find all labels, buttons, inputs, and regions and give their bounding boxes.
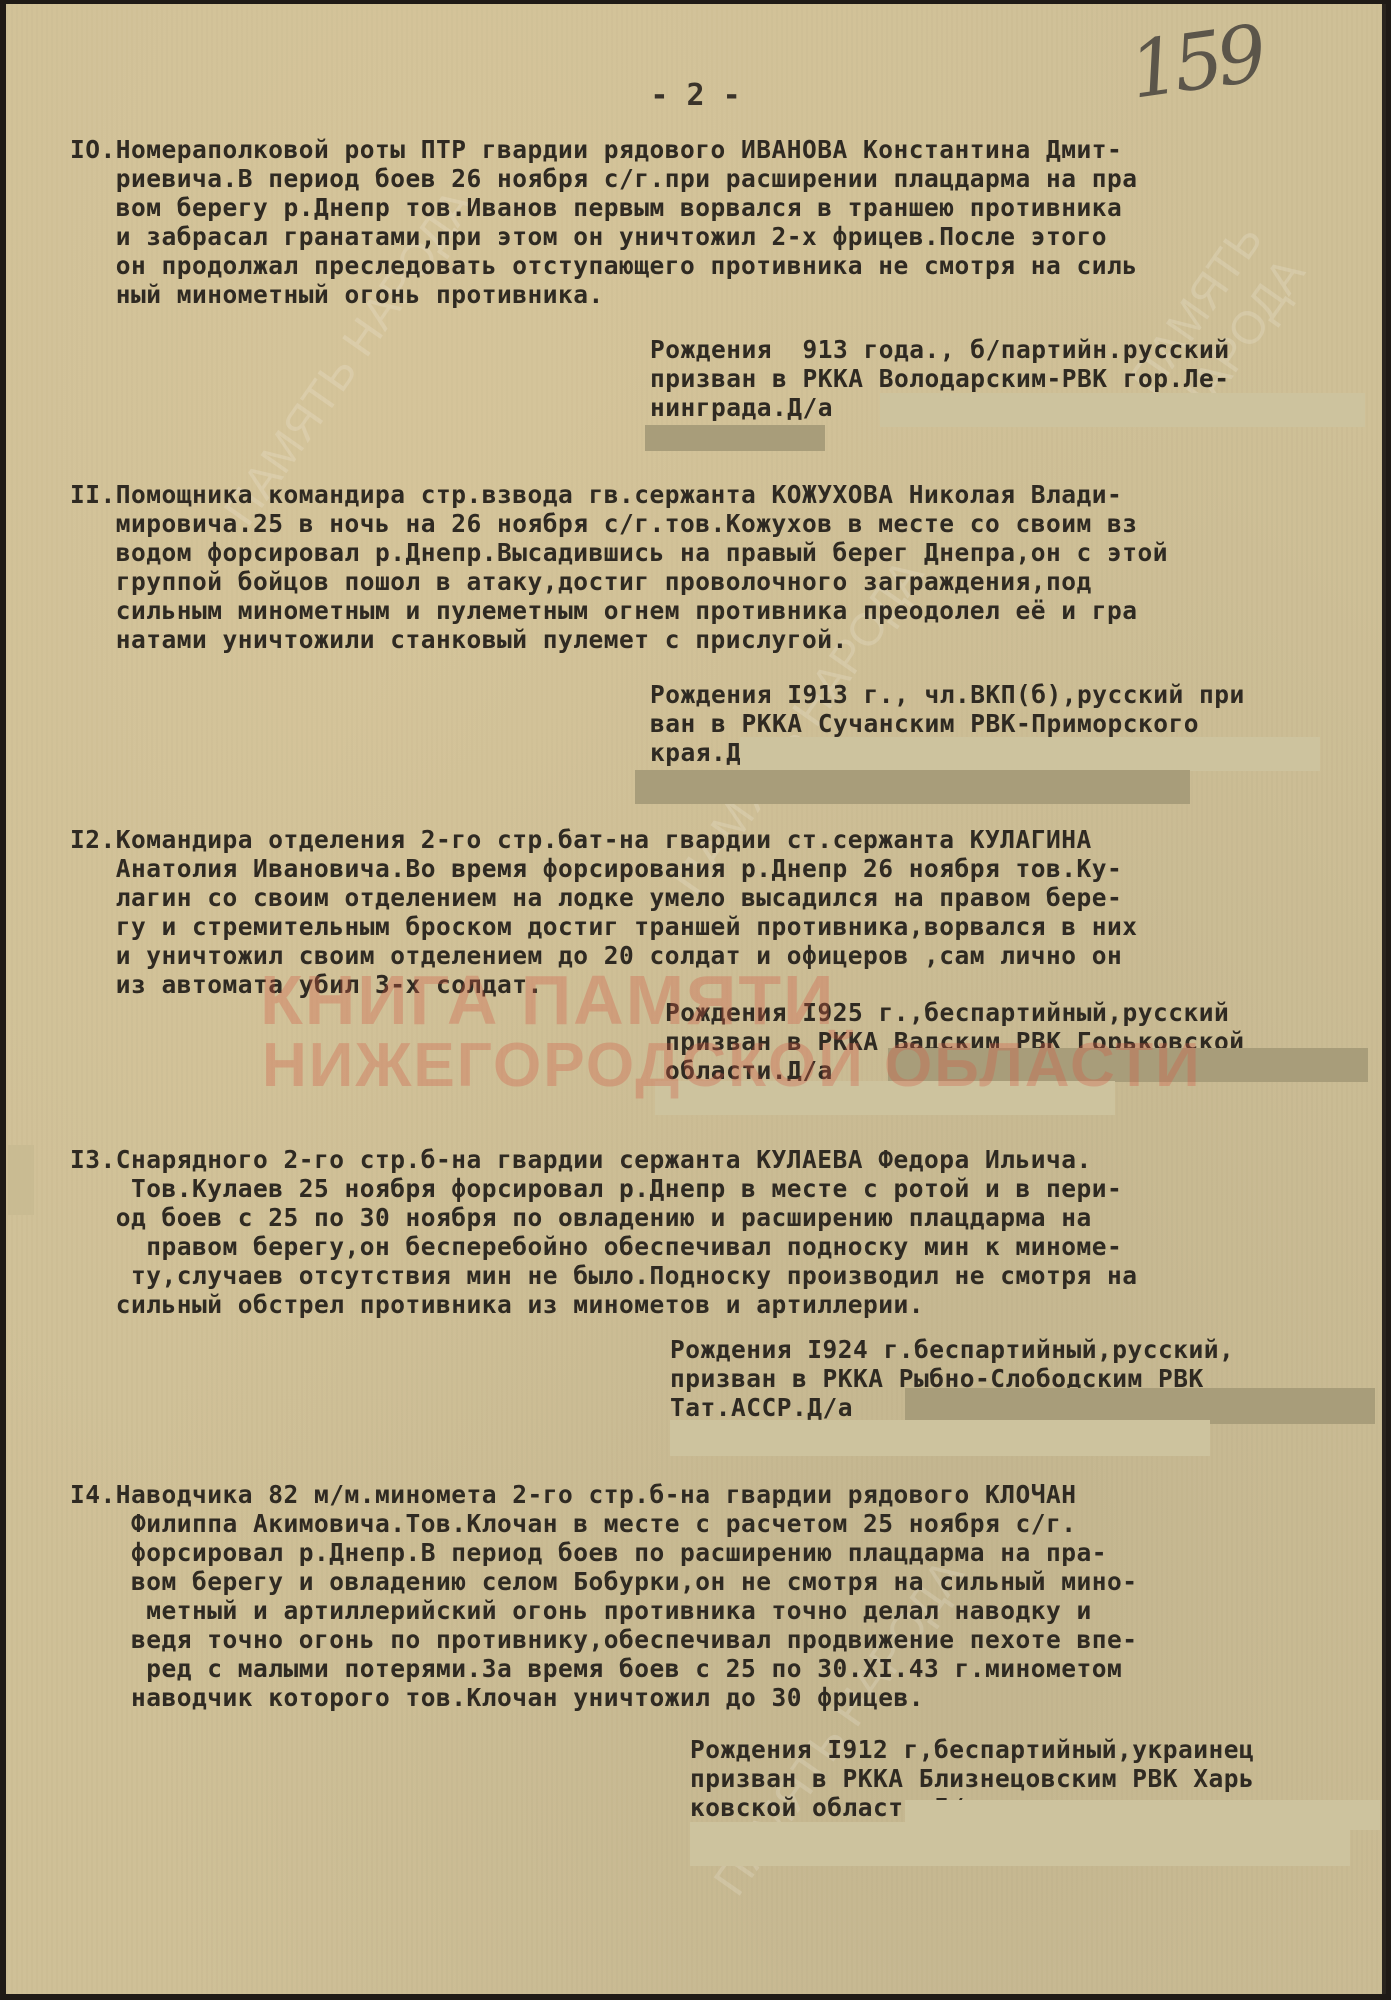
entry-text: IO.Номерaполковой роты ПТР гвардии рядов… xyxy=(70,135,1370,309)
redaction xyxy=(635,770,1190,804)
redaction xyxy=(888,1048,1368,1082)
paper-tab xyxy=(8,1145,34,1215)
redaction xyxy=(880,393,1365,427)
entry-11: II.Помощника командира стр.взвода гв.сер… xyxy=(70,480,1370,654)
entry-text: I4.Наводчика 82 м/м.миномета 2-го стр.б-… xyxy=(70,1480,1370,1712)
entry-text: II.Помощника командира стр.взвода гв.сер… xyxy=(70,480,1370,654)
entry-10: IO.Номерaполковой роты ПТР гвардии рядов… xyxy=(70,135,1370,309)
page-number: - 2 - xyxy=(0,78,1391,113)
redaction xyxy=(740,737,1320,771)
entry-13: I3.Снарядного 2-го стр.б-на гвардии серж… xyxy=(70,1145,1370,1319)
redaction xyxy=(670,1420,1210,1456)
redaction xyxy=(690,1822,1350,1866)
entry-text: I3.Снарядного 2-го стр.б-на гвардии серж… xyxy=(70,1145,1370,1319)
redaction xyxy=(645,425,825,451)
entry-14: I4.Наводчика 82 м/м.миномета 2-го стр.б-… xyxy=(70,1480,1370,1712)
entry-12: I2.Командира отделения 2-го стр.бат-на г… xyxy=(70,825,1370,999)
redaction xyxy=(655,1081,1115,1115)
entry-text: I2.Командира отделения 2-го стр.бат-на г… xyxy=(70,825,1370,999)
redaction xyxy=(905,1388,1375,1424)
